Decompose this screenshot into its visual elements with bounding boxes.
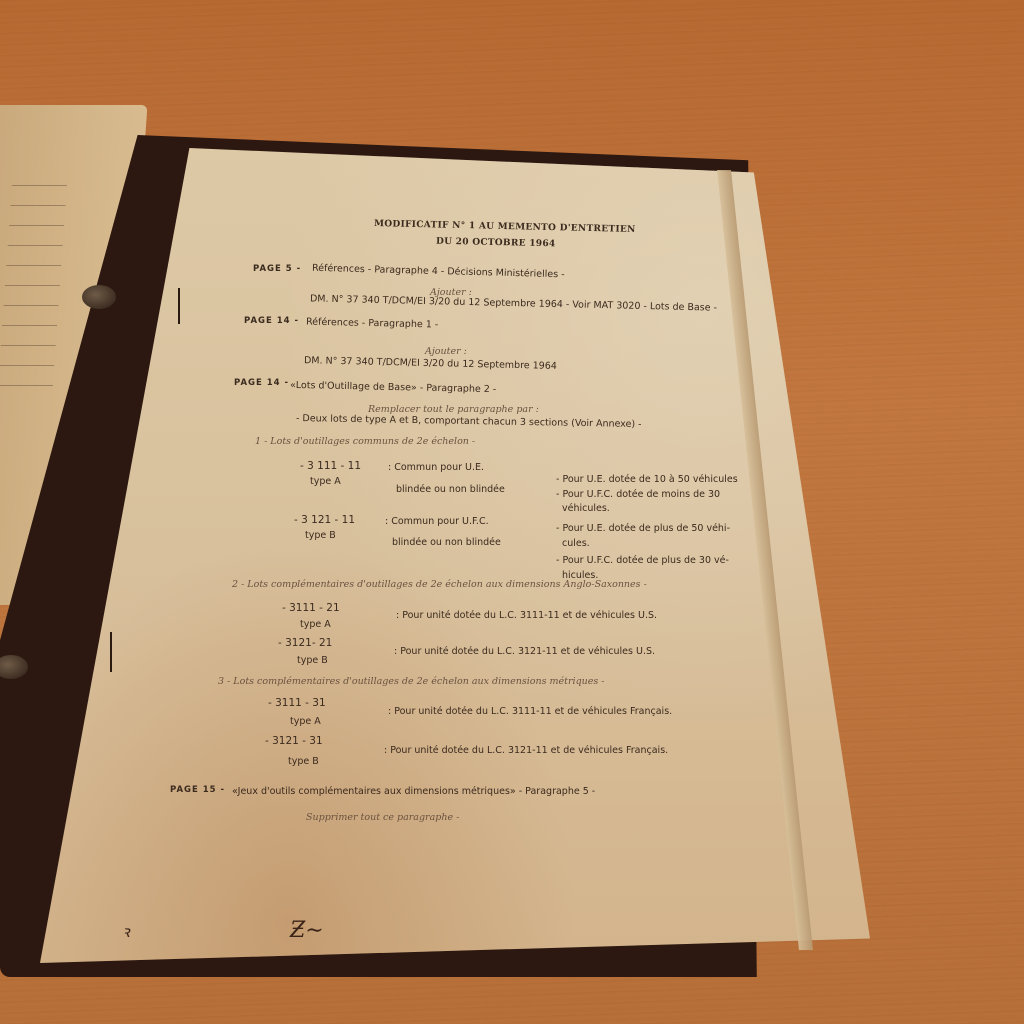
lot-note: cules. [562,538,590,549]
lot-code: - 3 121 - 11 [294,514,355,526]
lot-desc: : Pour unité dotée du L.C. 3121-11 et de… [384,745,668,756]
group-heading: 1 - Lots d'outillages communs de 2e éche… [255,436,475,447]
lot-note: - Pour U.F.C. dotée de moins de 30 [556,489,720,500]
lot-note: - Pour U.E. dotée de plus de 50 véhi- [556,523,730,534]
lot-desc: : Pour unité dotée du L.C. 3121-11 et de… [394,646,655,657]
lot-type: type B [297,655,328,666]
lot-desc: blindée ou non blindée [392,537,501,548]
section-heading: Références - Paragraphe 4 - Décisions Mi… [312,263,565,281]
lot-type: type B [305,530,336,541]
doc-title-line2: DU 20 OCTOBRE 1964 [436,237,556,250]
lot-note: - Pour U.F.C. dotée de plus de 30 vé- [556,555,729,566]
margin-mark [110,632,112,672]
lot-desc: : Pour unité dotée du L.C. 3111-11 et de… [388,706,672,717]
handwritten-initial: ꝛ [122,920,130,942]
group-heading: 2 - Lots complémentaires d'outillages de… [232,579,647,590]
section-label: PAGE 14 - [234,378,289,388]
lot-note: - Pour U.E. dotée de 10 à 50 véhicules [556,474,738,485]
lot-code: - 3121- 21 [278,637,332,649]
lot-desc: blindée ou non blindée [396,484,505,495]
section-text: - Deux lots de type A et B, comportant c… [296,413,642,430]
handwritten-signature: Ƶ∼ [290,918,324,943]
section-instruction: Remplacer tout le paragraphe par : [368,404,539,415]
lot-desc: : Commun pour U.F.C. [385,516,489,527]
section-heading: «Jeux d'outils complémentaires aux dimen… [232,786,595,797]
lot-type: type B [288,756,319,767]
section-heading: «Lots d'Outillage de Base» - Paragraphe … [290,380,496,395]
lot-type: type A [300,619,331,630]
lot-code: - 3111 - 21 [282,602,340,614]
lot-desc: : Commun pour U.E. [388,462,484,473]
lot-type: type A [310,476,341,487]
lot-code: - 3 111 - 11 [300,460,361,472]
section-instruction: Supprimer tout ce paragraphe - [306,812,459,823]
section-label: PAGE 15 - [170,785,225,795]
lot-code: - 3121 - 31 [265,735,323,747]
section-text: DM. N° 37 340 T/DCM/EI 3/20 du 12 Septem… [310,293,717,313]
lot-desc: : Pour unité dotée du L.C. 3111-11 et de… [396,610,657,621]
lot-type: type A [290,716,321,727]
section-label: PAGE 14 - [244,316,299,326]
document-content: MODIFICATIF N° 1 AU MEMENTO D'ENTRETIEN … [0,0,1024,1024]
section-heading: Références - Paragraphe 1 - [306,317,438,331]
section-text: DM. N° 37 340 T/DCM/EI 3/20 du 12 Septem… [304,355,557,372]
section-instruction: Ajouter : [425,346,467,357]
lot-code: - 3111 - 31 [268,697,326,709]
doc-title-line1: MODIFICATIF N° 1 AU MEMENTO D'ENTRETIEN [374,219,636,235]
lot-note: véhicules. [562,503,610,514]
margin-mark [178,288,180,324]
group-heading: 3 - Lots complémentaires d'outillages de… [218,676,605,687]
section-label: PAGE 5 - [253,264,301,274]
